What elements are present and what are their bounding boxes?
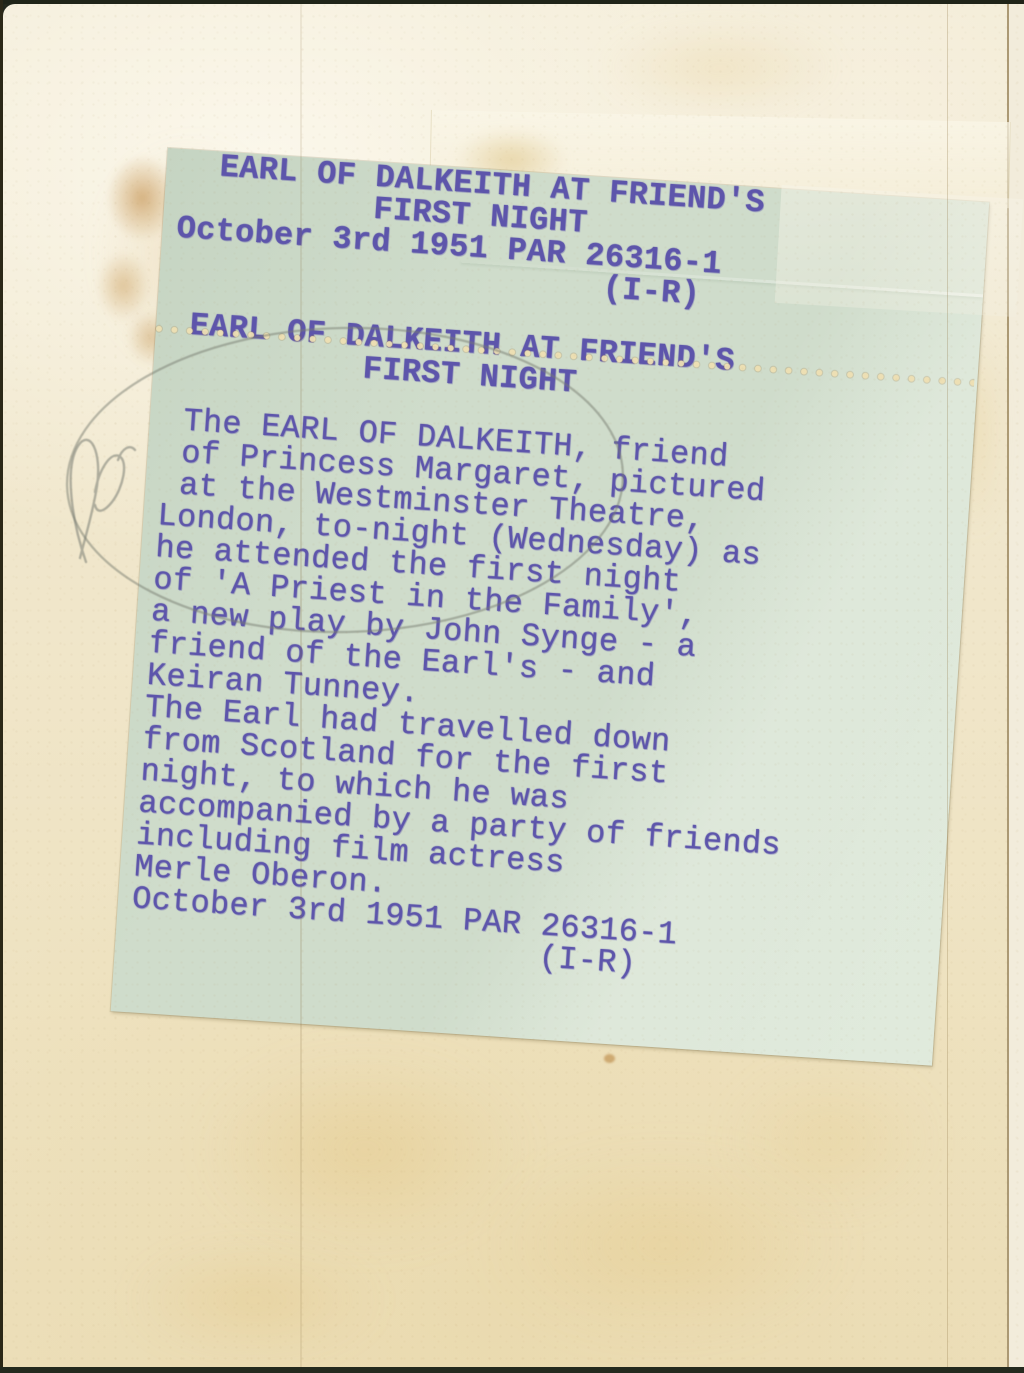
caption-slip: EARL OF DALKEITH AT FRIEND'S FIRST NIGHT… (111, 148, 990, 1066)
scanned-photo-caption-page: EARL OF DALKEITH AT FRIEND'S FIRST NIGHT… (0, 0, 1024, 1373)
page-edge (1007, 4, 1024, 1367)
scan-edge (0, 1367, 1024, 1373)
typewritten-text: EARL OF DALKEITH AT FRIEND'S FIRST NIGHT… (129, 149, 824, 990)
